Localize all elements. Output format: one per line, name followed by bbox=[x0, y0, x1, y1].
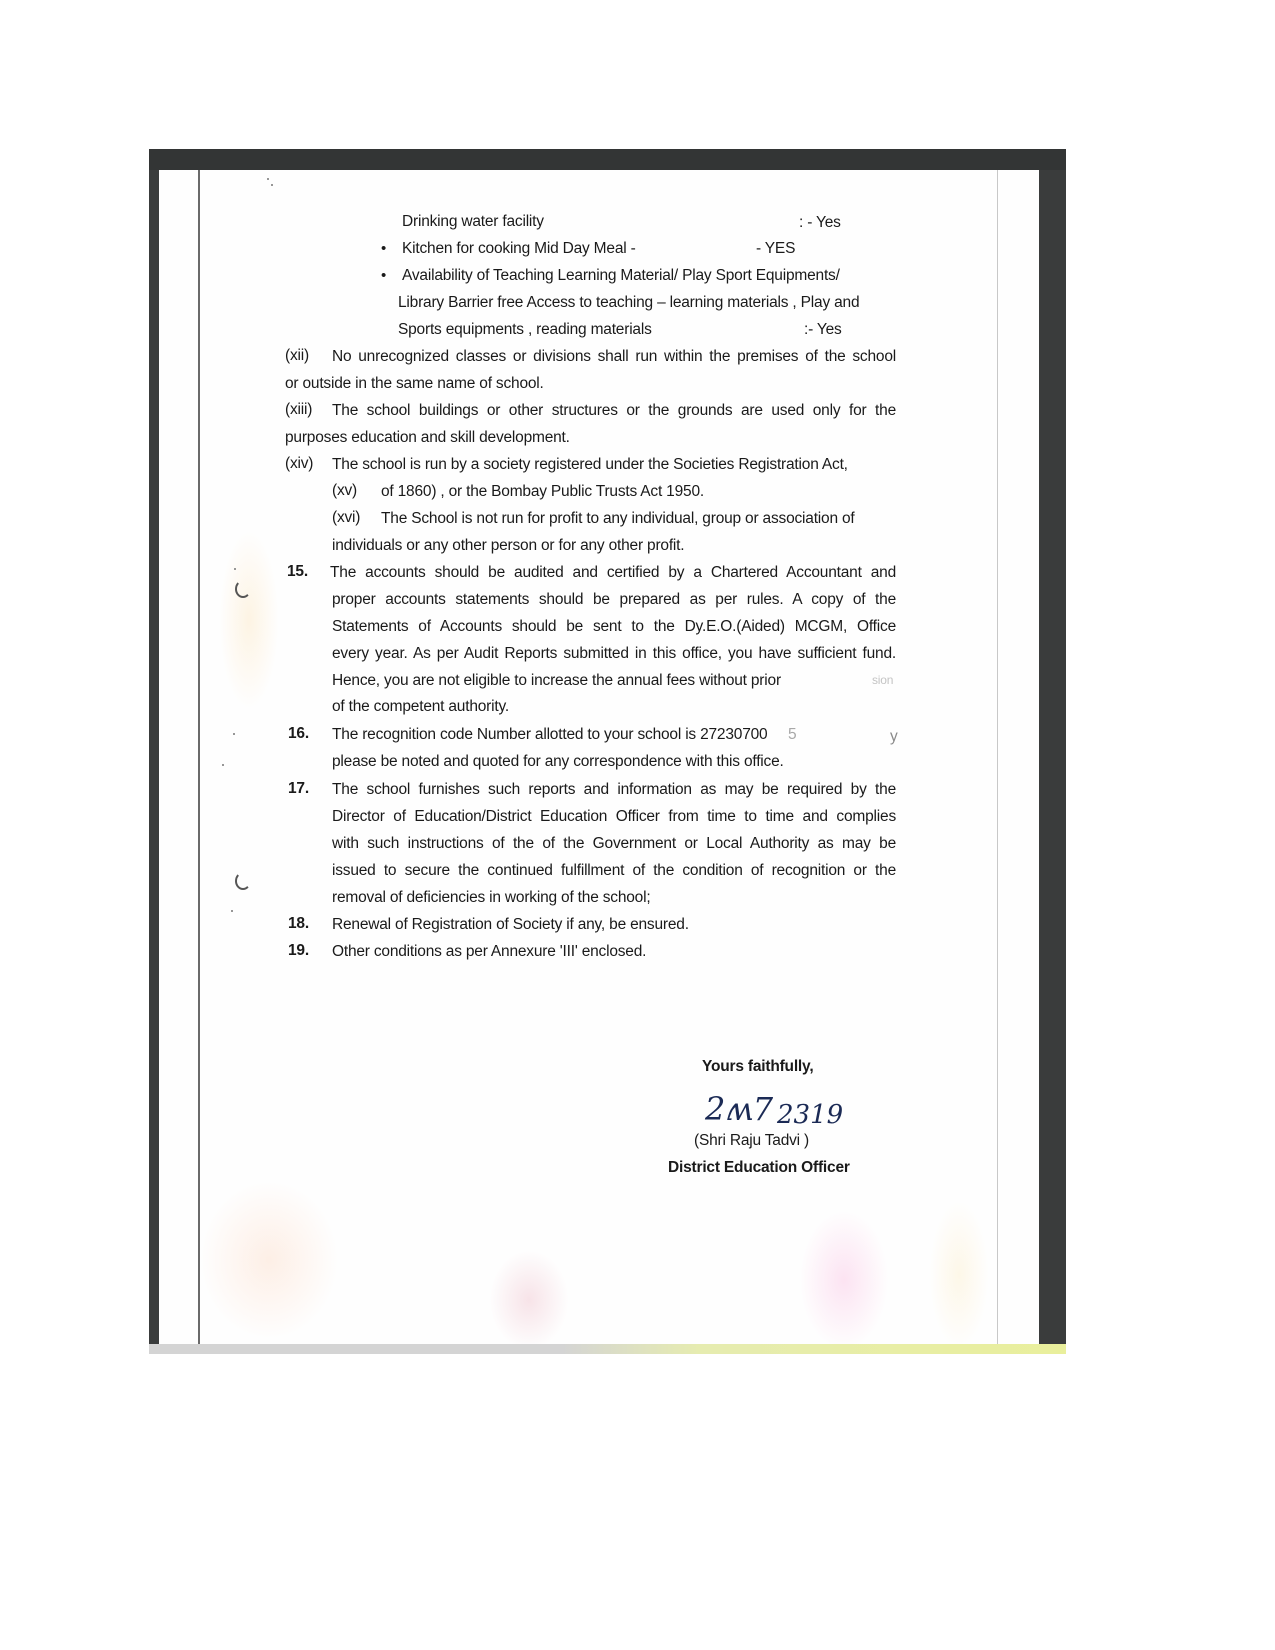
item-17-line: with such instructions of the of the Gov… bbox=[332, 835, 896, 853]
item-16-line: please be noted and quoted for any corre… bbox=[332, 753, 784, 771]
clause-xiv-line1: The school is run by a society registere… bbox=[332, 456, 848, 474]
signature: 2ʍ7 bbox=[705, 1090, 773, 1128]
scan-speck bbox=[234, 568, 236, 570]
clause-number: (xiv) bbox=[285, 455, 313, 473]
page-edge-line bbox=[198, 170, 200, 1344]
item-19-line: Other conditions as per Annexure 'III' e… bbox=[332, 943, 646, 961]
bullet-icon: • bbox=[381, 240, 386, 257]
item-17-line: The school furnishes such reports and in… bbox=[332, 781, 896, 799]
item-number: 18. bbox=[288, 915, 309, 933]
scan-speck bbox=[222, 764, 224, 766]
scan-speck bbox=[233, 733, 235, 735]
item-16-faded-digit: 5 bbox=[788, 726, 796, 744]
clause-xiii-line2: purposes education and skill development… bbox=[285, 429, 570, 447]
bullet-icon: • bbox=[381, 267, 386, 284]
facility-teaching-material-line1: Availability of Teaching Learning Materi… bbox=[402, 267, 840, 285]
signature-date: 2319 bbox=[777, 1100, 843, 1130]
clause-number: (xiii) bbox=[285, 401, 312, 419]
item-16-line: The recognition code Number allotted to … bbox=[332, 726, 767, 744]
signatory-name: (Shri Raju Tadvi ) bbox=[694, 1132, 809, 1150]
item-15-line: proper accounts statements should be pre… bbox=[332, 591, 896, 609]
frame-bottom-border bbox=[149, 1344, 1066, 1354]
scan-stain bbox=[929, 1200, 989, 1344]
scan-stain bbox=[219, 530, 279, 710]
item-number: 19. bbox=[288, 942, 309, 960]
scan-stain bbox=[489, 1250, 569, 1344]
item-15-line: every year. As per Audit Reports submitt… bbox=[332, 645, 896, 663]
page-edge-line-right bbox=[997, 170, 998, 1344]
facility-kitchen-value: - YES bbox=[756, 240, 795, 258]
clause-xvi-line2: individuals or any other person or for a… bbox=[332, 537, 684, 555]
scan-speck bbox=[231, 910, 233, 912]
clause-xvi-line1: The School is not run for profit to any … bbox=[381, 510, 855, 528]
item-15-line: The accounts should be audited and certi… bbox=[330, 564, 896, 582]
clause-number: (xii) bbox=[285, 347, 309, 365]
facility-teaching-material-line2: Library Barrier free Access to teaching … bbox=[398, 294, 859, 312]
scan-stain bbox=[799, 1210, 889, 1344]
item-17-line: Director of Education/District Education… bbox=[332, 808, 896, 826]
facility-teaching-material-line3: Sports equipments , reading materials bbox=[398, 321, 652, 339]
punch-hole-mark bbox=[235, 872, 251, 890]
document-page: Drinking water facility : - Yes • Kitche… bbox=[159, 170, 1039, 1344]
clause-xiii-line1: The school buildings or other structures… bbox=[332, 402, 896, 420]
item-number: 15. bbox=[287, 563, 308, 581]
punch-hole-mark bbox=[235, 580, 251, 598]
scanned-document-frame: Drinking water facility : - Yes • Kitche… bbox=[149, 149, 1066, 1344]
item-number: 16. bbox=[288, 725, 309, 743]
clause-number: (xv) bbox=[332, 482, 357, 500]
item-17-line: removal of deficiencies in working of th… bbox=[332, 889, 650, 907]
item-16-faded-text: y bbox=[890, 728, 898, 746]
clause-xv-line1: of 1860) , or the Bombay Public Trusts A… bbox=[381, 483, 704, 501]
item-17-line: issued to secure the continued fulfillme… bbox=[332, 862, 896, 880]
item-15-line: Hence, you are not eligible to increase … bbox=[332, 672, 781, 690]
scan-speck bbox=[267, 178, 269, 180]
item-15-line: Statements of Accounts should be sent to… bbox=[332, 618, 896, 636]
scan-speck bbox=[271, 184, 273, 186]
scan-stain bbox=[199, 1180, 339, 1340]
item-number: 17. bbox=[288, 780, 309, 798]
facility-drinking-water-value: : - Yes bbox=[799, 214, 841, 232]
facility-teaching-material-value: :- Yes bbox=[804, 321, 842, 339]
clause-xii-line1: No unrecognized classes or divisions sha… bbox=[332, 348, 896, 366]
closing-salutation: Yours faithfully, bbox=[702, 1058, 813, 1076]
item-15-faded-text: sion bbox=[872, 673, 893, 687]
clause-xii-line2: or outside in the same name of school. bbox=[285, 375, 544, 393]
frame-top-border bbox=[149, 149, 1066, 170]
facility-drinking-water-label: Drinking water facility bbox=[402, 213, 544, 231]
item-18-line: Renewal of Registration of Society if an… bbox=[332, 916, 689, 934]
clause-number: (xvi) bbox=[332, 509, 360, 527]
facility-kitchen-label: Kitchen for cooking Mid Day Meal - bbox=[402, 240, 636, 258]
signatory-title: District Education Officer bbox=[668, 1159, 850, 1177]
item-15-line: of the competent authority. bbox=[332, 698, 509, 716]
